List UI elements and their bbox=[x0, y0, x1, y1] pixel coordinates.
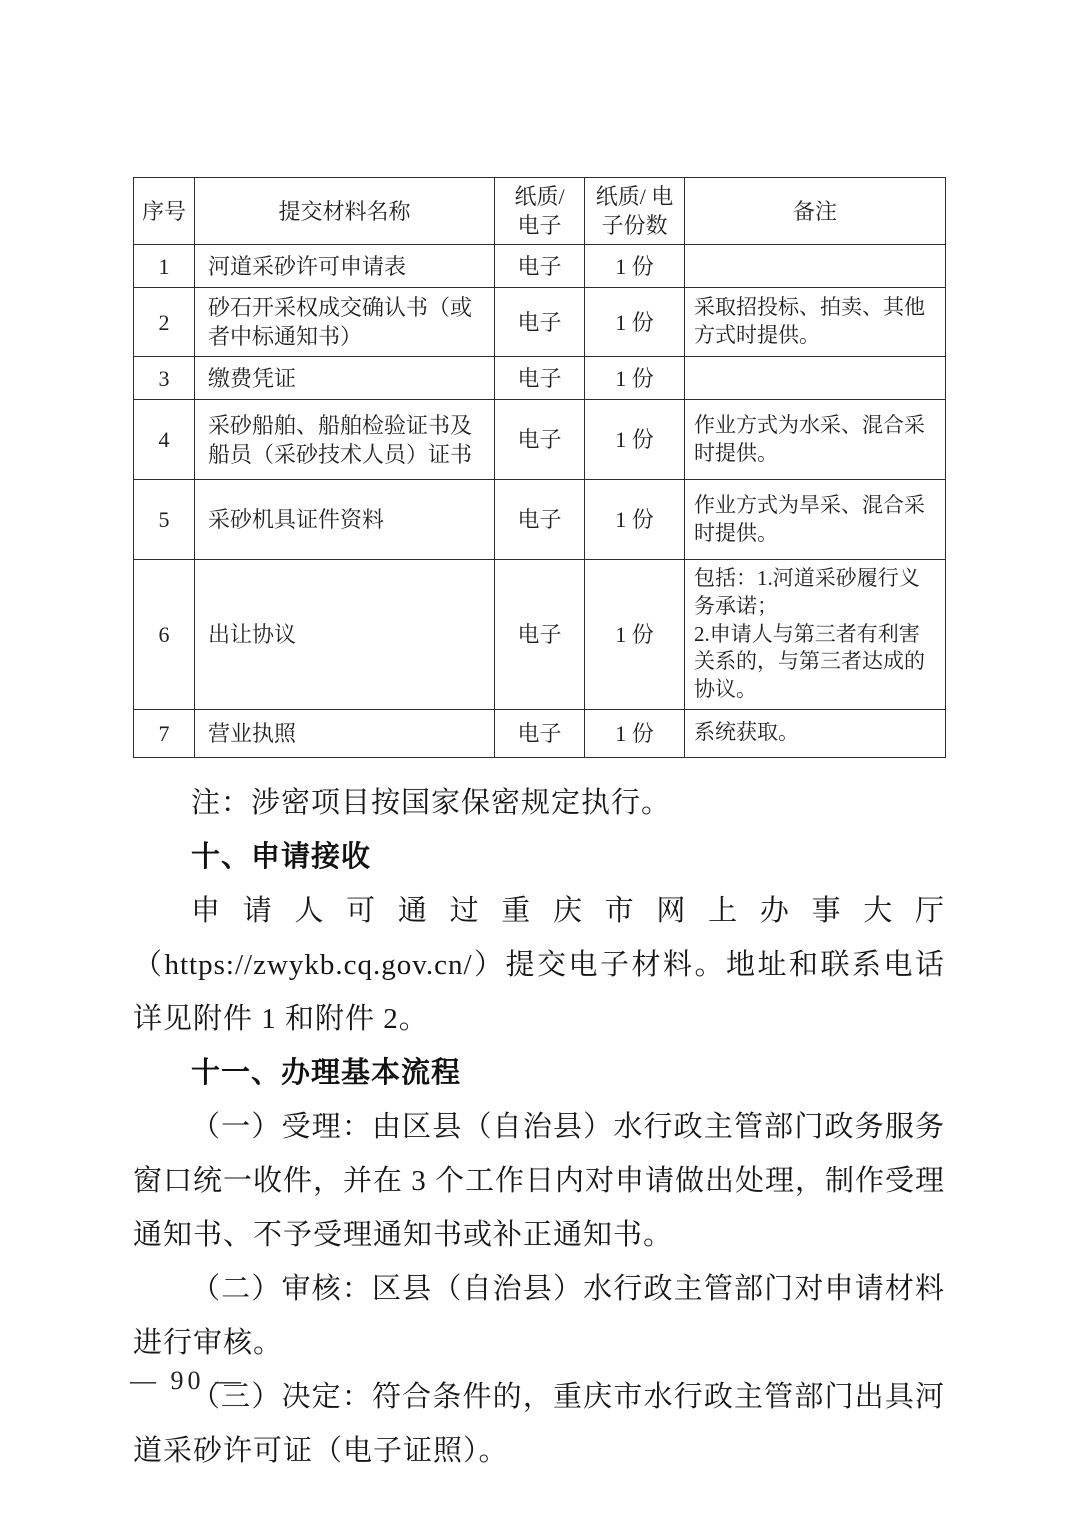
material-remark: 系统获取。 bbox=[685, 709, 946, 757]
material-name: 出让协议 bbox=[195, 560, 495, 710]
material-name: 采砂机具证件资料 bbox=[195, 480, 495, 560]
material-remark: 包括：1.河道采砂履行义务承诺； 2.申请人与第三者有利害关系的，与第三者达成的… bbox=[685, 560, 946, 710]
paragraph-step-3-decision: （三）决定：符合条件的，重庆市水行政主管部门出具河道采砂许可证（电子证照）。 bbox=[133, 1370, 945, 1478]
material-copies: 1 份 bbox=[585, 560, 685, 710]
material-copies: 1 份 bbox=[585, 480, 685, 560]
material-name: 营业执照 bbox=[195, 709, 495, 757]
row-index: 5 bbox=[134, 480, 195, 560]
material-medium: 电子 bbox=[495, 560, 585, 710]
material-medium: 电子 bbox=[495, 357, 585, 400]
col-header-material-name: 提交材料名称 bbox=[195, 178, 495, 245]
row-index: 4 bbox=[134, 400, 195, 480]
row-index: 6 bbox=[134, 560, 195, 710]
table-row: 2 砂石开采权成交确认书（或者中标通知书） 电子 1 份 采取招投标、拍卖、其他… bbox=[134, 288, 946, 357]
material-medium: 电子 bbox=[495, 245, 585, 288]
material-remark bbox=[685, 245, 946, 288]
material-name: 缴费凭证 bbox=[195, 357, 495, 400]
col-header-index: 序号 bbox=[134, 178, 195, 245]
material-medium: 电子 bbox=[495, 400, 585, 480]
material-copies: 1 份 bbox=[585, 288, 685, 357]
paragraph-step-1-acceptance: （一）受理：由区县（自治县）水行政主管部门政务服务窗口统一收件，并在 3 个工作… bbox=[133, 1100, 945, 1262]
row-index: 7 bbox=[134, 709, 195, 757]
document-page: 序号 提交材料名称 纸质/ 电子 纸质/ 电 子份数 备注 1 河道采砂许可申请… bbox=[0, 0, 1074, 1520]
col-header-medium: 纸质/ 电子 bbox=[495, 178, 585, 245]
table-row: 3 缴费凭证 电子 1 份 bbox=[134, 357, 946, 400]
material-medium: 电子 bbox=[495, 480, 585, 560]
table-row: 5 采砂机具证件资料 电子 1 份 作业方式为旱采、混合采时提供。 bbox=[134, 480, 946, 560]
section-heading-10: 十、申请接收 bbox=[133, 830, 945, 884]
material-medium: 电子 bbox=[495, 709, 585, 757]
table-header-row: 序号 提交材料名称 纸质/ 电子 纸质/ 电 子份数 备注 bbox=[134, 178, 946, 245]
row-index: 2 bbox=[134, 288, 195, 357]
document-content: 序号 提交材料名称 纸质/ 电子 纸质/ 电 子份数 备注 1 河道采砂许可申请… bbox=[133, 177, 945, 1478]
material-copies: 1 份 bbox=[585, 709, 685, 757]
material-remark: 作业方式为旱采、混合采时提供。 bbox=[685, 480, 946, 560]
paragraph-step-2-review: （二）审核：区县（自治县）水行政主管部门对申请材料进行审核。 bbox=[133, 1262, 945, 1370]
material-copies: 1 份 bbox=[585, 357, 685, 400]
material-remark: 作业方式为水采、混合采时提供。 bbox=[685, 400, 946, 480]
material-medium: 电子 bbox=[495, 288, 585, 357]
material-remark: 采取招投标、拍卖、其他方式时提供。 bbox=[685, 288, 946, 357]
table-row: 7 营业执照 电子 1 份 系统获取。 bbox=[134, 709, 946, 757]
materials-table: 序号 提交材料名称 纸质/ 电子 纸质/ 电 子份数 备注 1 河道采砂许可申请… bbox=[133, 177, 946, 758]
material-name: 砂石开采权成交确认书（或者中标通知书） bbox=[195, 288, 495, 357]
table-row: 4 采砂船舶、船舶检验证书及船员（采砂技术人员）证书 电子 1 份 作业方式为水… bbox=[134, 400, 946, 480]
paragraph-application-receipt: 申请人可通过重庆市网上办事大厅（https://zwykb.cq.gov.cn/… bbox=[133, 884, 945, 1046]
table-note: 注：涉密项目按国家保密规定执行。 bbox=[133, 776, 945, 830]
row-index: 1 bbox=[134, 245, 195, 288]
section-heading-11: 十一、办理基本流程 bbox=[133, 1046, 945, 1100]
col-header-remark: 备注 bbox=[685, 178, 946, 245]
row-index: 3 bbox=[134, 357, 195, 400]
table-row: 6 出让协议 电子 1 份 包括：1.河道采砂履行义务承诺； 2.申请人与第三者… bbox=[134, 560, 946, 710]
material-name: 采砂船舶、船舶检验证书及船员（采砂技术人员）证书 bbox=[195, 400, 495, 480]
material-copies: 1 份 bbox=[585, 245, 685, 288]
material-name: 河道采砂许可申请表 bbox=[195, 245, 495, 288]
material-copies: 1 份 bbox=[585, 400, 685, 480]
col-header-copies: 纸质/ 电 子份数 bbox=[585, 178, 685, 245]
material-remark bbox=[685, 357, 946, 400]
table-row: 1 河道采砂许可申请表 电子 1 份 bbox=[134, 245, 946, 288]
page-number: — 90 — bbox=[130, 1366, 245, 1396]
